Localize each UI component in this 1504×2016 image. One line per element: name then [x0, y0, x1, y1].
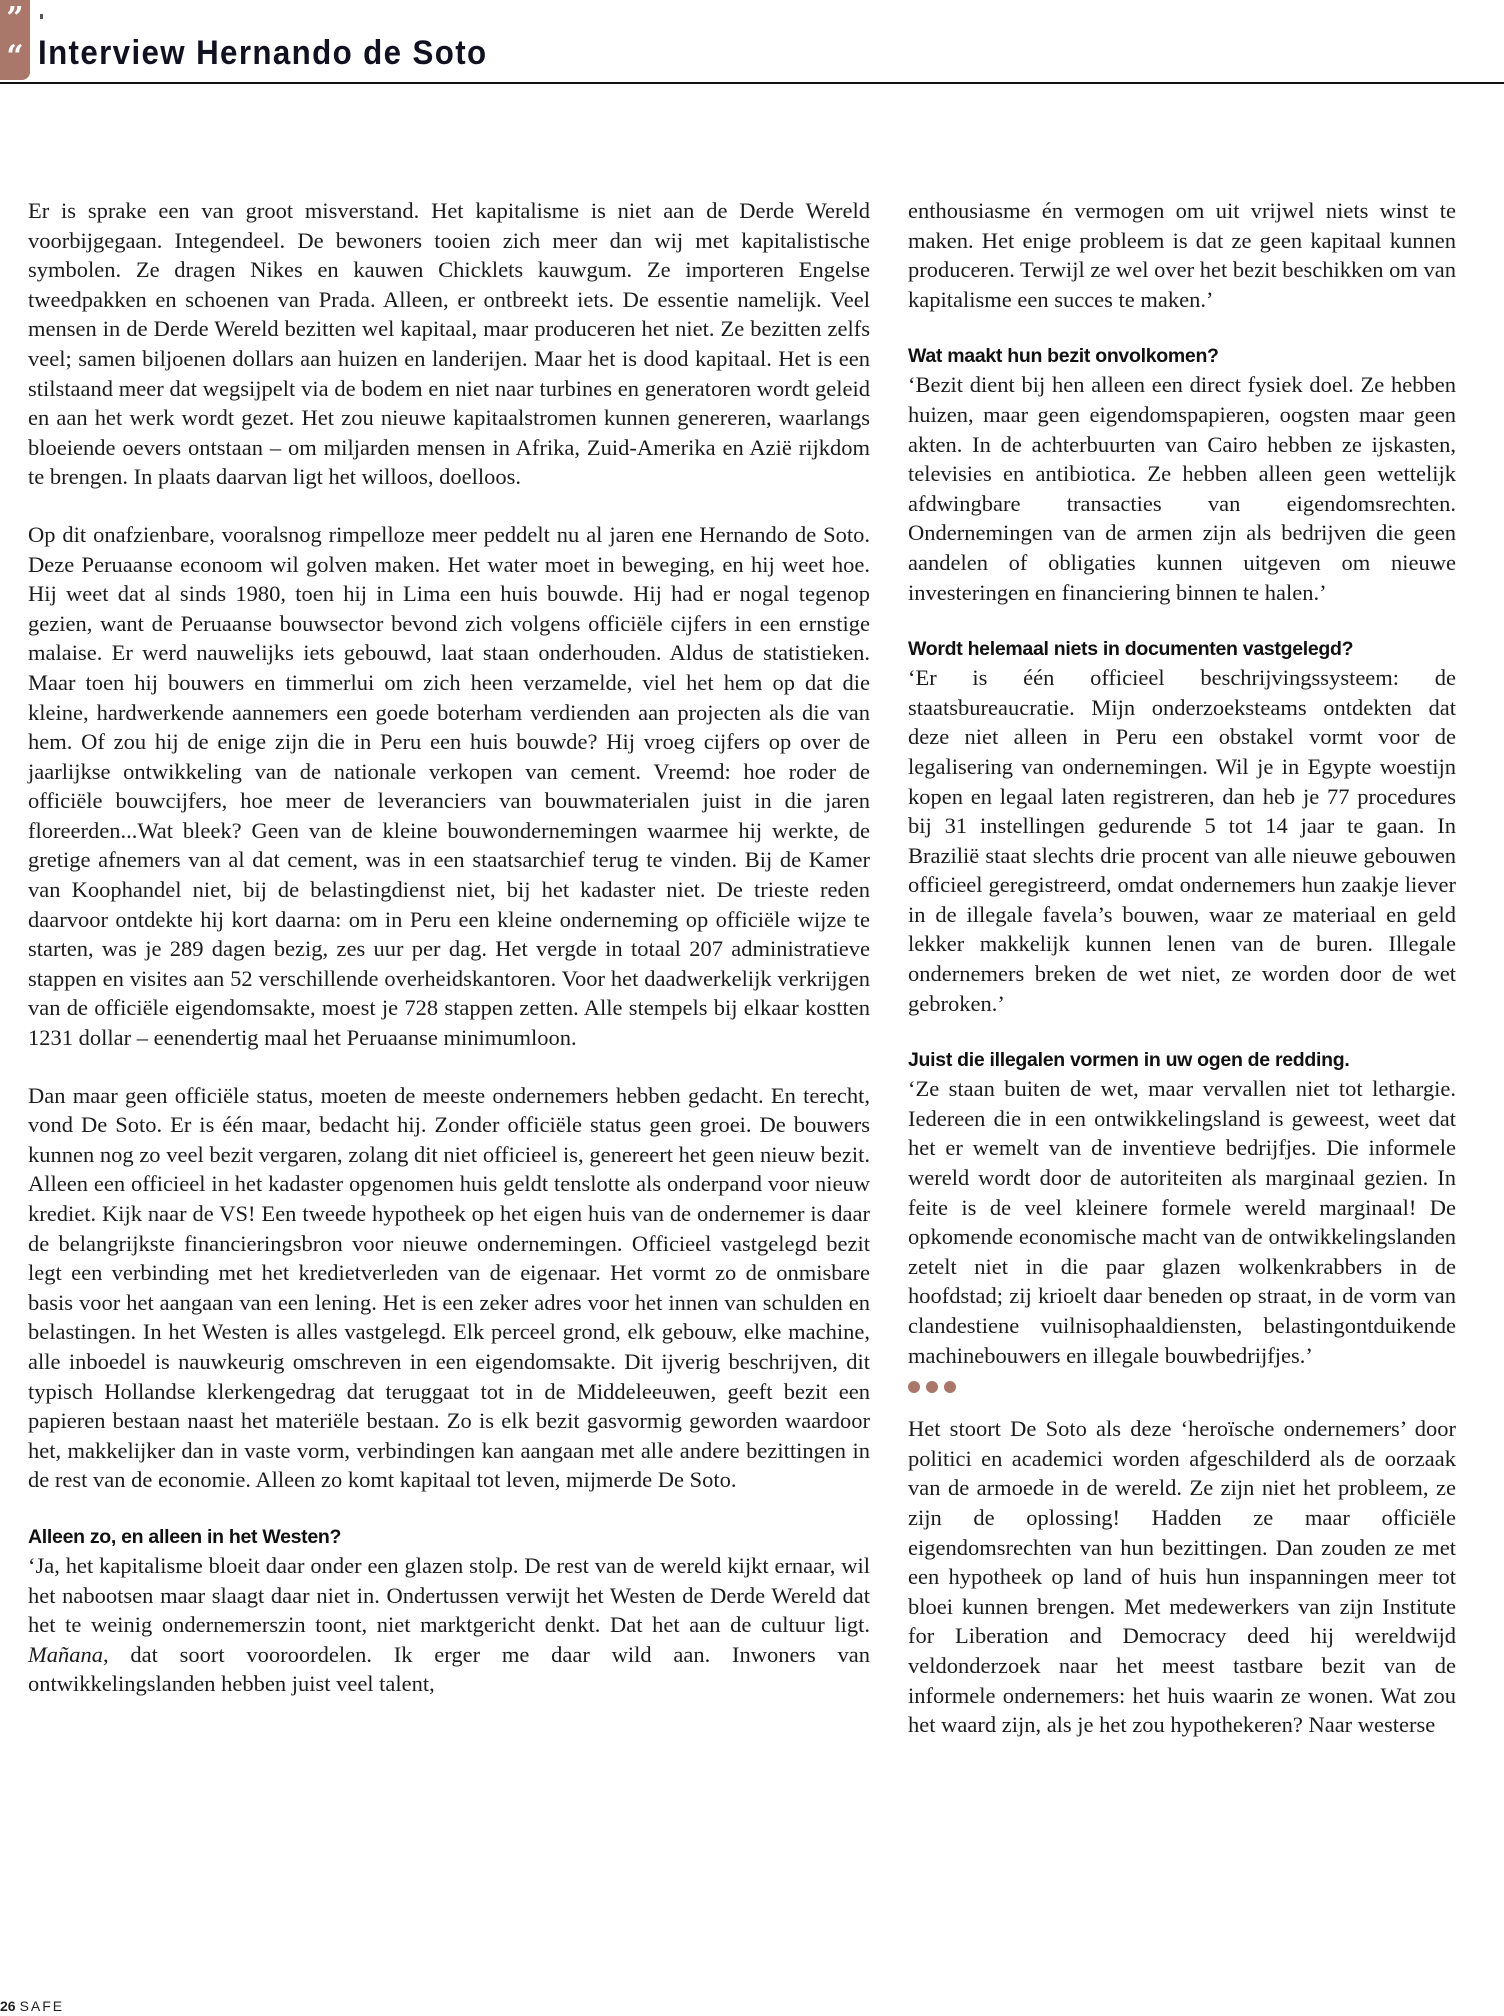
page-footer: 26SAFE — [0, 1998, 64, 2014]
interview-question: Juist die illegalen vormen in uw ogen de… — [908, 1046, 1456, 1074]
spacer — [908, 1018, 1456, 1046]
answer-continuation: enthousiasme én vermogen om uit vrijwel … — [908, 196, 1456, 314]
intro-paragraph: Er is sprake een van groot misverstand. … — [28, 196, 870, 492]
spacer — [908, 314, 1456, 342]
interview-answer: ‘Ja, het kapitalisme bloeit daar onder e… — [28, 1551, 870, 1699]
body-paragraph: Dan maar geen officiële status, moeten d… — [28, 1081, 870, 1495]
closing-paragraph: Het stoort De Soto als deze ‘heroïsche o… — [908, 1414, 1456, 1740]
interview-answer: ‘Er is één officieel beschrijvingssystee… — [908, 663, 1456, 1018]
quote-mark-icon: ” “ — [0, 0, 30, 80]
page-header: ” “ Interview Hernando de Soto — [0, 0, 1504, 90]
print-speck — [40, 14, 43, 19]
right-column: enthousiasme én vermogen om uit vrijwel … — [908, 196, 1456, 1740]
page-title: Interview Hernando de Soto — [38, 34, 488, 73]
title-divider — [0, 82, 1504, 84]
interview-question: Alleen zo, en alleen in het Westen? — [28, 1523, 870, 1551]
page-number: 26 — [0, 1998, 16, 2014]
spacer — [28, 1495, 870, 1523]
body-paragraph: Op dit onafzienbare, vooralsnog rimpello… — [28, 520, 870, 1053]
spacer — [908, 607, 1456, 635]
left-column: Er is sprake een van groot misverstand. … — [28, 196, 870, 1699]
interview-answer: ‘Bezit dient bij hen alleen een direct f… — [908, 370, 1456, 607]
spacer — [908, 1402, 1456, 1414]
section-break-dots-icon — [908, 1372, 1456, 1402]
interview-question: Wordt helemaal niets in documenten vastg… — [908, 635, 1456, 663]
interview-answer: ‘Ze staan buiten de wet, maar vervallen … — [908, 1074, 1456, 1370]
interview-question: Wat maakt hun bezit onvolkomen? — [908, 342, 1456, 370]
italic-term: Mañana — [28, 1642, 103, 1667]
magazine-name: SAFE — [20, 1998, 65, 2014]
